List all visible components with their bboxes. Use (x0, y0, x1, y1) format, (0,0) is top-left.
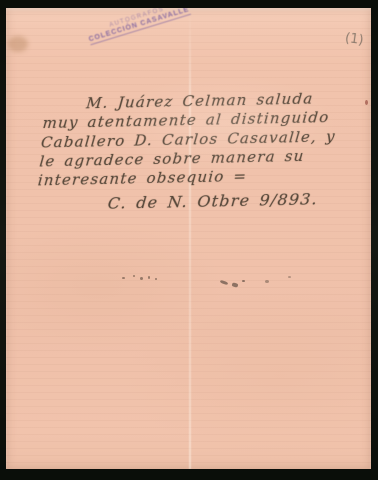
ink-speck (232, 282, 239, 287)
ink-speck (288, 276, 291, 278)
letter-paper: AUTÓGRAFOS COLECCIÓN CASAVALLE (1) M. Ju… (6, 8, 371, 469)
note-date-line: C. de N. Otbre 9/893. (35, 189, 353, 215)
ink-speck (140, 277, 143, 280)
ink-speck (220, 280, 229, 286)
edge-mark (365, 100, 368, 105)
ink-speck (148, 276, 150, 279)
ink-speck (122, 277, 125, 279)
handwritten-note: M. Juárez Celman saluda muy atentamente … (35, 89, 361, 215)
paper-stain (8, 36, 28, 52)
ink-speck (155, 278, 157, 280)
pencil-annotation: (1) (344, 31, 364, 48)
ink-speck (133, 275, 135, 277)
paper-crease (189, 8, 191, 469)
collection-stamp: AUTÓGRAFOS COLECCIÓN CASAVALLE (86, 8, 191, 45)
ink-speck (242, 280, 245, 282)
scan-background: AUTÓGRAFOS COLECCIÓN CASAVALLE (1) M. Ju… (0, 0, 378, 480)
ink-speck (265, 280, 269, 283)
